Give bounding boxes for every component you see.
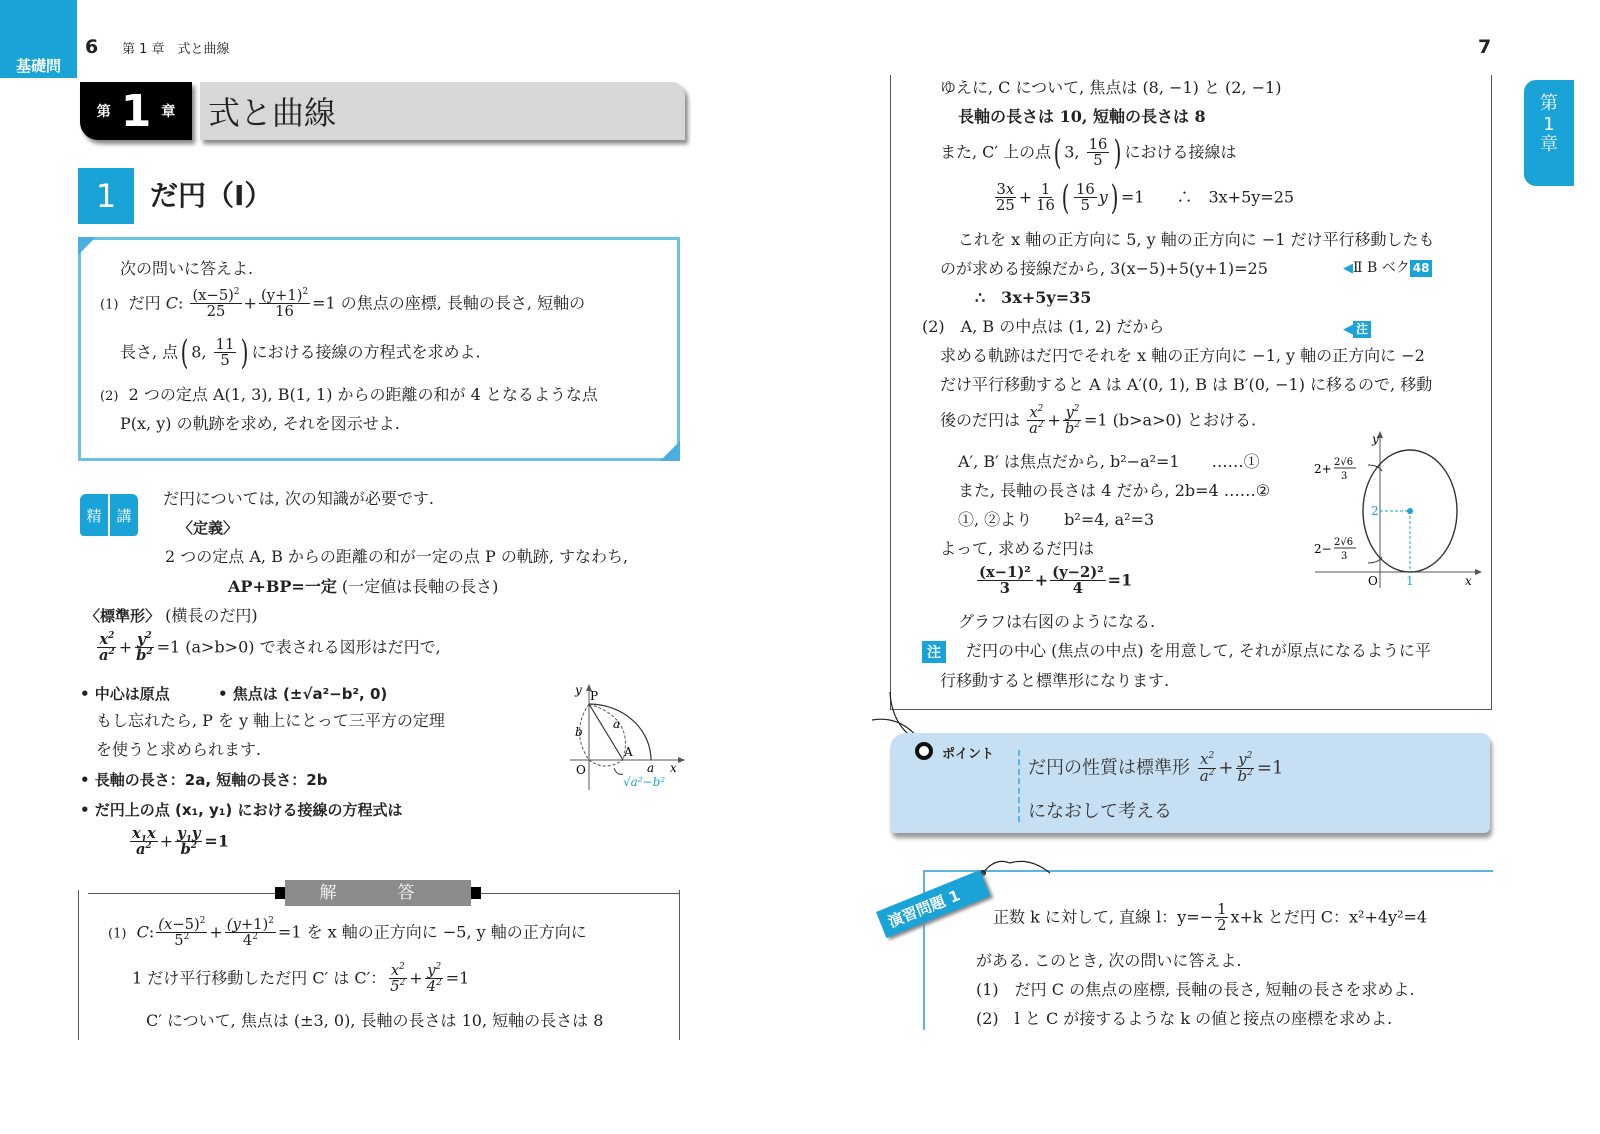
point-text-line1: だ円の性質は標準形 x2a2+y2b2=1 <box>1028 752 1283 785</box>
tangent-tail: =1 <box>204 831 229 850</box>
exercise-text: 正数 k に対して, 直線 l：y=− <box>993 907 1213 926</box>
q2-text: 2 つの定点 A(1, 3), B(1, 1) からの距離の和が 4 となるよう… <box>129 385 598 404</box>
r-line-1: ゆえに, C について, 焦点は (8, −1) と (2, −1) <box>940 77 1281 99</box>
chapter-side-tab: 第 1 章 <box>1524 80 1574 186</box>
corner-decoration <box>660 441 680 461</box>
svg-text:3: 3 <box>1341 471 1347 482</box>
note-badge-label: 注 <box>922 641 946 663</box>
svg-text:x: x <box>1465 574 1472 588</box>
seiko-book-icon: 精 講 <box>80 494 140 542</box>
q1-text: における接線の方程式を求めよ. <box>252 342 481 361</box>
chapter-number-block: 第 1 章 <box>80 82 192 140</box>
q1-text: 長さ, 点 <box>120 342 178 361</box>
q1-text: =1 の焦点の座標, 長軸の長さ, 短軸の <box>312 293 585 312</box>
fraction: (x−5)225 <box>190 288 241 320</box>
hint-line2: を使うと求められます. <box>96 739 261 761</box>
problem-q1-line1: (1) だ円 C: (x−5)225+(y+1)216=1 の焦点の座標, 長軸… <box>100 288 585 320</box>
frac-num: (y+1) <box>261 287 303 304</box>
frac-num: (x−1)² <box>977 565 1033 581</box>
r-line-12: A′, B′ は焦点だから, b²−a²=1 ……① <box>958 451 1260 473</box>
exercise-text: x+k とだ円 C：x²+4y²=4 <box>1230 907 1427 926</box>
svg-text:b: b <box>575 725 583 739</box>
r-line-17: グラフは右図のようになる. <box>958 611 1155 633</box>
book-page-right: 講 <box>110 494 138 536</box>
r-line-14: ①, ②より b²=4, a²=3 <box>958 509 1154 531</box>
frac-den: 5 <box>218 353 231 368</box>
r-text: =1 <box>1108 570 1133 589</box>
section-number: 1 <box>78 168 134 224</box>
def-heading: 〈定義〉 <box>178 518 238 539</box>
ellipse-focus-figure: y P b a A O a x √a²−b² <box>565 680 690 795</box>
q1-var: C <box>166 293 178 312</box>
tab-char: 1 <box>1524 115 1574 136</box>
triangle-left-icon: ◀ <box>1343 261 1353 276</box>
answer-line1-tail: =1 を x 軸の正方向に −5, y 軸の正方向に <box>278 922 587 941</box>
note-ref-badge: 注 <box>1353 321 1371 338</box>
r-text: 後のだ円は <box>940 410 1020 429</box>
point-divider <box>1018 750 1020 822</box>
kiso-label: 基礎問 <box>16 57 61 75</box>
frac-num: 16 <box>1087 137 1110 153</box>
kiso-corner-tab: 基礎問 <box>0 0 77 78</box>
tab-char: 第 <box>1524 94 1574 115</box>
bullet-axes: • 長軸の長さ：2a, 短軸の長さ：2b <box>80 769 327 790</box>
chapter-title: 式と曲線 <box>200 82 685 140</box>
r-line-5: これを x 軸の正方向に 5, y 軸の正方向に −1 だけ平行移動したも <box>958 229 1435 251</box>
svg-text:y: y <box>1371 432 1379 446</box>
corner-decoration <box>78 237 96 255</box>
frac-den: 25 <box>205 304 228 319</box>
q1-text: だ円 <box>129 293 161 312</box>
r-line-4: 3x25+116(165y)=1 ∴ 3x+5y=25 <box>992 181 1294 215</box>
r-line-9: 求める軌跡はだ円でそれを x 軸の正方向に −1, y 軸の正方向に −2 <box>940 345 1425 367</box>
ref-badge: 48 <box>1410 260 1433 277</box>
answer-cap-left <box>275 887 285 899</box>
svg-text:O: O <box>1368 574 1378 588</box>
std-formula: x2a2+y2b2=1 (a>b>0) で表される図形はだ円で, <box>95 632 441 664</box>
note-line-2: 行移動すると標準形になります. <box>940 670 1169 692</box>
r-line-8: (2) A, B の中点は (1, 2) だから <box>922 316 1164 338</box>
tangent-formula: x1xa2+y1yb2=1 <box>128 826 229 858</box>
r-line-16: (x−1)²3+(y−2)²4=1 <box>975 565 1132 597</box>
point-text-line2: になおして考える <box>1028 797 1172 823</box>
bullet-focus: • 焦点は (±√a²−b², 0) <box>218 683 387 704</box>
answer-cap-right <box>471 887 481 899</box>
frac-den: 4 <box>1071 581 1085 596</box>
problem-q2-line2: P(x, y) の軌跡を求め, それを図示せよ. <box>120 413 400 435</box>
answer-line1: (1) C:(x−5)252+(y+1)242=1 を x 軸の正方向に −5,… <box>108 917 587 949</box>
r-line-11: 後のだ円は x2a2+y2b2=1 (b>a>0) とおける. <box>940 405 1256 437</box>
svg-text:2√6: 2√6 <box>1334 457 1353 468</box>
bullet-tangent: • だ円上の点 (x₁, y₁) における接線の方程式は <box>80 799 402 820</box>
svg-text:A: A <box>623 745 633 759</box>
frac-num: 11 <box>214 337 237 353</box>
r-line-7: ∴ 3x+5y=35 <box>975 287 1091 309</box>
fig-p-label: P <box>590 689 598 703</box>
ref-vector-48[interactable]: ◀Ⅱ B ベク48 <box>1343 259 1432 279</box>
ellipse-locus-figure: y 2+ 2√6 3 2− 2√6 3 2 O 1 x <box>1310 425 1490 590</box>
exercise-line2: がある. このとき, 次の問いに答えよ. <box>976 950 1241 972</box>
answer-line3: C′ について, 焦点は (±3, 0), 長軸の長さは 10, 短軸の長さは … <box>146 1010 603 1032</box>
frac-den: 16 <box>273 304 296 319</box>
svg-text:O: O <box>576 763 586 777</box>
answer-line2: 1 だけ平行移動しただ円 C′ は C′：x252+y242=1 <box>132 963 469 995</box>
frac-num: (y−2)² <box>1050 565 1106 581</box>
ref-text: Ⅱ B ベク <box>1353 260 1410 276</box>
answer-label: 解 答 <box>285 880 471 906</box>
svg-text:√a²−b²: √a²−b² <box>623 775 665 789</box>
answer-q-label: (1) <box>108 926 126 941</box>
r-line-2: 長軸の長さは 10, 短軸の長さは 8 <box>958 106 1206 128</box>
running-head: 第 1 章 式と曲線 <box>122 38 230 57</box>
page-number-right: 7 <box>1478 36 1491 58</box>
answer-line2-tail: =1 <box>446 968 470 987</box>
frac-den: 5 <box>1091 153 1104 168</box>
section-title: だ円（Ⅰ） <box>150 174 272 214</box>
problem-intro: 次の問いに答えよ. <box>120 258 253 280</box>
svg-text:2√6: 2√6 <box>1334 537 1353 548</box>
q2-label: (2) <box>100 389 118 404</box>
r-text: また, C′ 上の点 <box>940 142 1051 161</box>
point-label: ポイント <box>942 743 994 762</box>
fig-y-label: y <box>574 683 582 697</box>
svg-text:3: 3 <box>1341 551 1347 562</box>
r-line-13: また, 長軸の長さは 4 だから, 2b=4 ……② <box>958 480 1270 502</box>
frac-den: 3 <box>998 581 1012 596</box>
def-text: 2 つの定点 A, B からの距離の和が一定の点 P の軌跡, すなわち, <box>165 546 628 568</box>
std-heading-line: 〈標準形〉 (横長のだ円) <box>85 605 258 627</box>
svg-text:2: 2 <box>1371 504 1379 518</box>
tag-string-decoration <box>975 855 1055 885</box>
r-text: における接線は <box>1124 142 1236 161</box>
page-number-left: 6 <box>85 36 98 58</box>
svg-text:a: a <box>613 717 620 731</box>
std-note: (横長のだ円) <box>165 606 258 625</box>
r-line-10: だけ平行移動すると A は A′(0, 1), B は B′(0, −1) に移… <box>940 374 1432 396</box>
ref-note[interactable]: ◀注 <box>1343 317 1371 339</box>
chapter-banner: 第 1 章 式と曲線 <box>80 82 685 142</box>
svg-text:a: a <box>647 761 654 775</box>
r-line-15: よって, 求めるだ円は <box>940 538 1094 560</box>
svg-text:1: 1 <box>1406 574 1414 588</box>
q1-label: (1) <box>100 297 118 312</box>
svg-text:2−: 2− <box>1314 542 1332 556</box>
r-text: =1 ∴ 3x+5y=25 <box>1121 187 1294 206</box>
bullet-center: • 中心は原点 <box>80 683 170 704</box>
answer-line2-head: 1 だけ平行移動しただ円 C′ は C′： <box>132 968 386 987</box>
svg-text:2+: 2+ <box>1314 462 1332 476</box>
std-heading: 〈標準形〉 <box>85 607 160 625</box>
chapter-number: 1 <box>121 86 152 137</box>
fraction: 115 <box>214 337 237 369</box>
exercise-intro: 正数 k に対して, 直線 l：y=−12x+k とだ円 C：x²+4y²=4 <box>993 902 1427 934</box>
r-line-3: また, C′ 上の点(3, 165)における接線は <box>940 136 1236 170</box>
hint-line1: もし忘れたら, P を y 軸上にとって三平方の定理 <box>96 710 445 732</box>
def-note: (一定値は長軸の長さ) <box>342 577 499 596</box>
point-x: 8, <box>191 342 206 361</box>
r-line-6: のが求める接線だから, 3(x−5)+5(y+1)=25 <box>940 258 1268 280</box>
exercise-q2: (2) l と C が接するような k の値と接点の座標を求めよ. <box>976 1008 1392 1030</box>
fraction: (y+1)216 <box>259 288 310 320</box>
chapter-suffix: 章 <box>161 101 175 121</box>
def-formula: AP+BP=一定 <box>228 577 337 596</box>
note-badge: 注 <box>922 641 946 663</box>
point-text: だ円の性質は標準形 <box>1028 757 1190 778</box>
tab-char: 章 <box>1524 135 1574 156</box>
exercise-q1: (1) だ円 C の焦点の座標, 長軸の長さ, 短軸の長さを求めよ. <box>976 979 1415 1001</box>
frac-num: (x−5) <box>192 287 233 304</box>
chapter-prefix: 第 <box>97 101 111 121</box>
point-formula-tail: =1 <box>1257 757 1284 778</box>
seiko-intro: だ円については, 次の知識が必要です. <box>163 488 434 510</box>
svg-text:x: x <box>670 761 677 775</box>
triangle-left-icon: ◀ <box>1343 322 1353 337</box>
problem-q2-line1: (2) 2 つの定点 A(1, 3), B(1, 1) からの距離の和が 4 と… <box>100 384 598 406</box>
std-formula-tail: =1 (a>b>0) で表される図形はだ円で, <box>157 637 441 656</box>
book-page-left: 精 <box>80 494 108 536</box>
r-text: =1 (b>a>0) とおける. <box>1084 410 1256 429</box>
problem-q1-line2: 長さ, 点(8, 115)における接線の方程式を求めよ. <box>120 336 481 370</box>
def-formula-line: AP+BP=一定 (一定値は長軸の長さ) <box>228 576 498 598</box>
ring-icon <box>915 742 933 760</box>
r-text: 3, <box>1064 142 1079 161</box>
note-line-1: だ円の中心 (焦点の中点) を用意して, それが原点になるように平 <box>966 640 1431 662</box>
